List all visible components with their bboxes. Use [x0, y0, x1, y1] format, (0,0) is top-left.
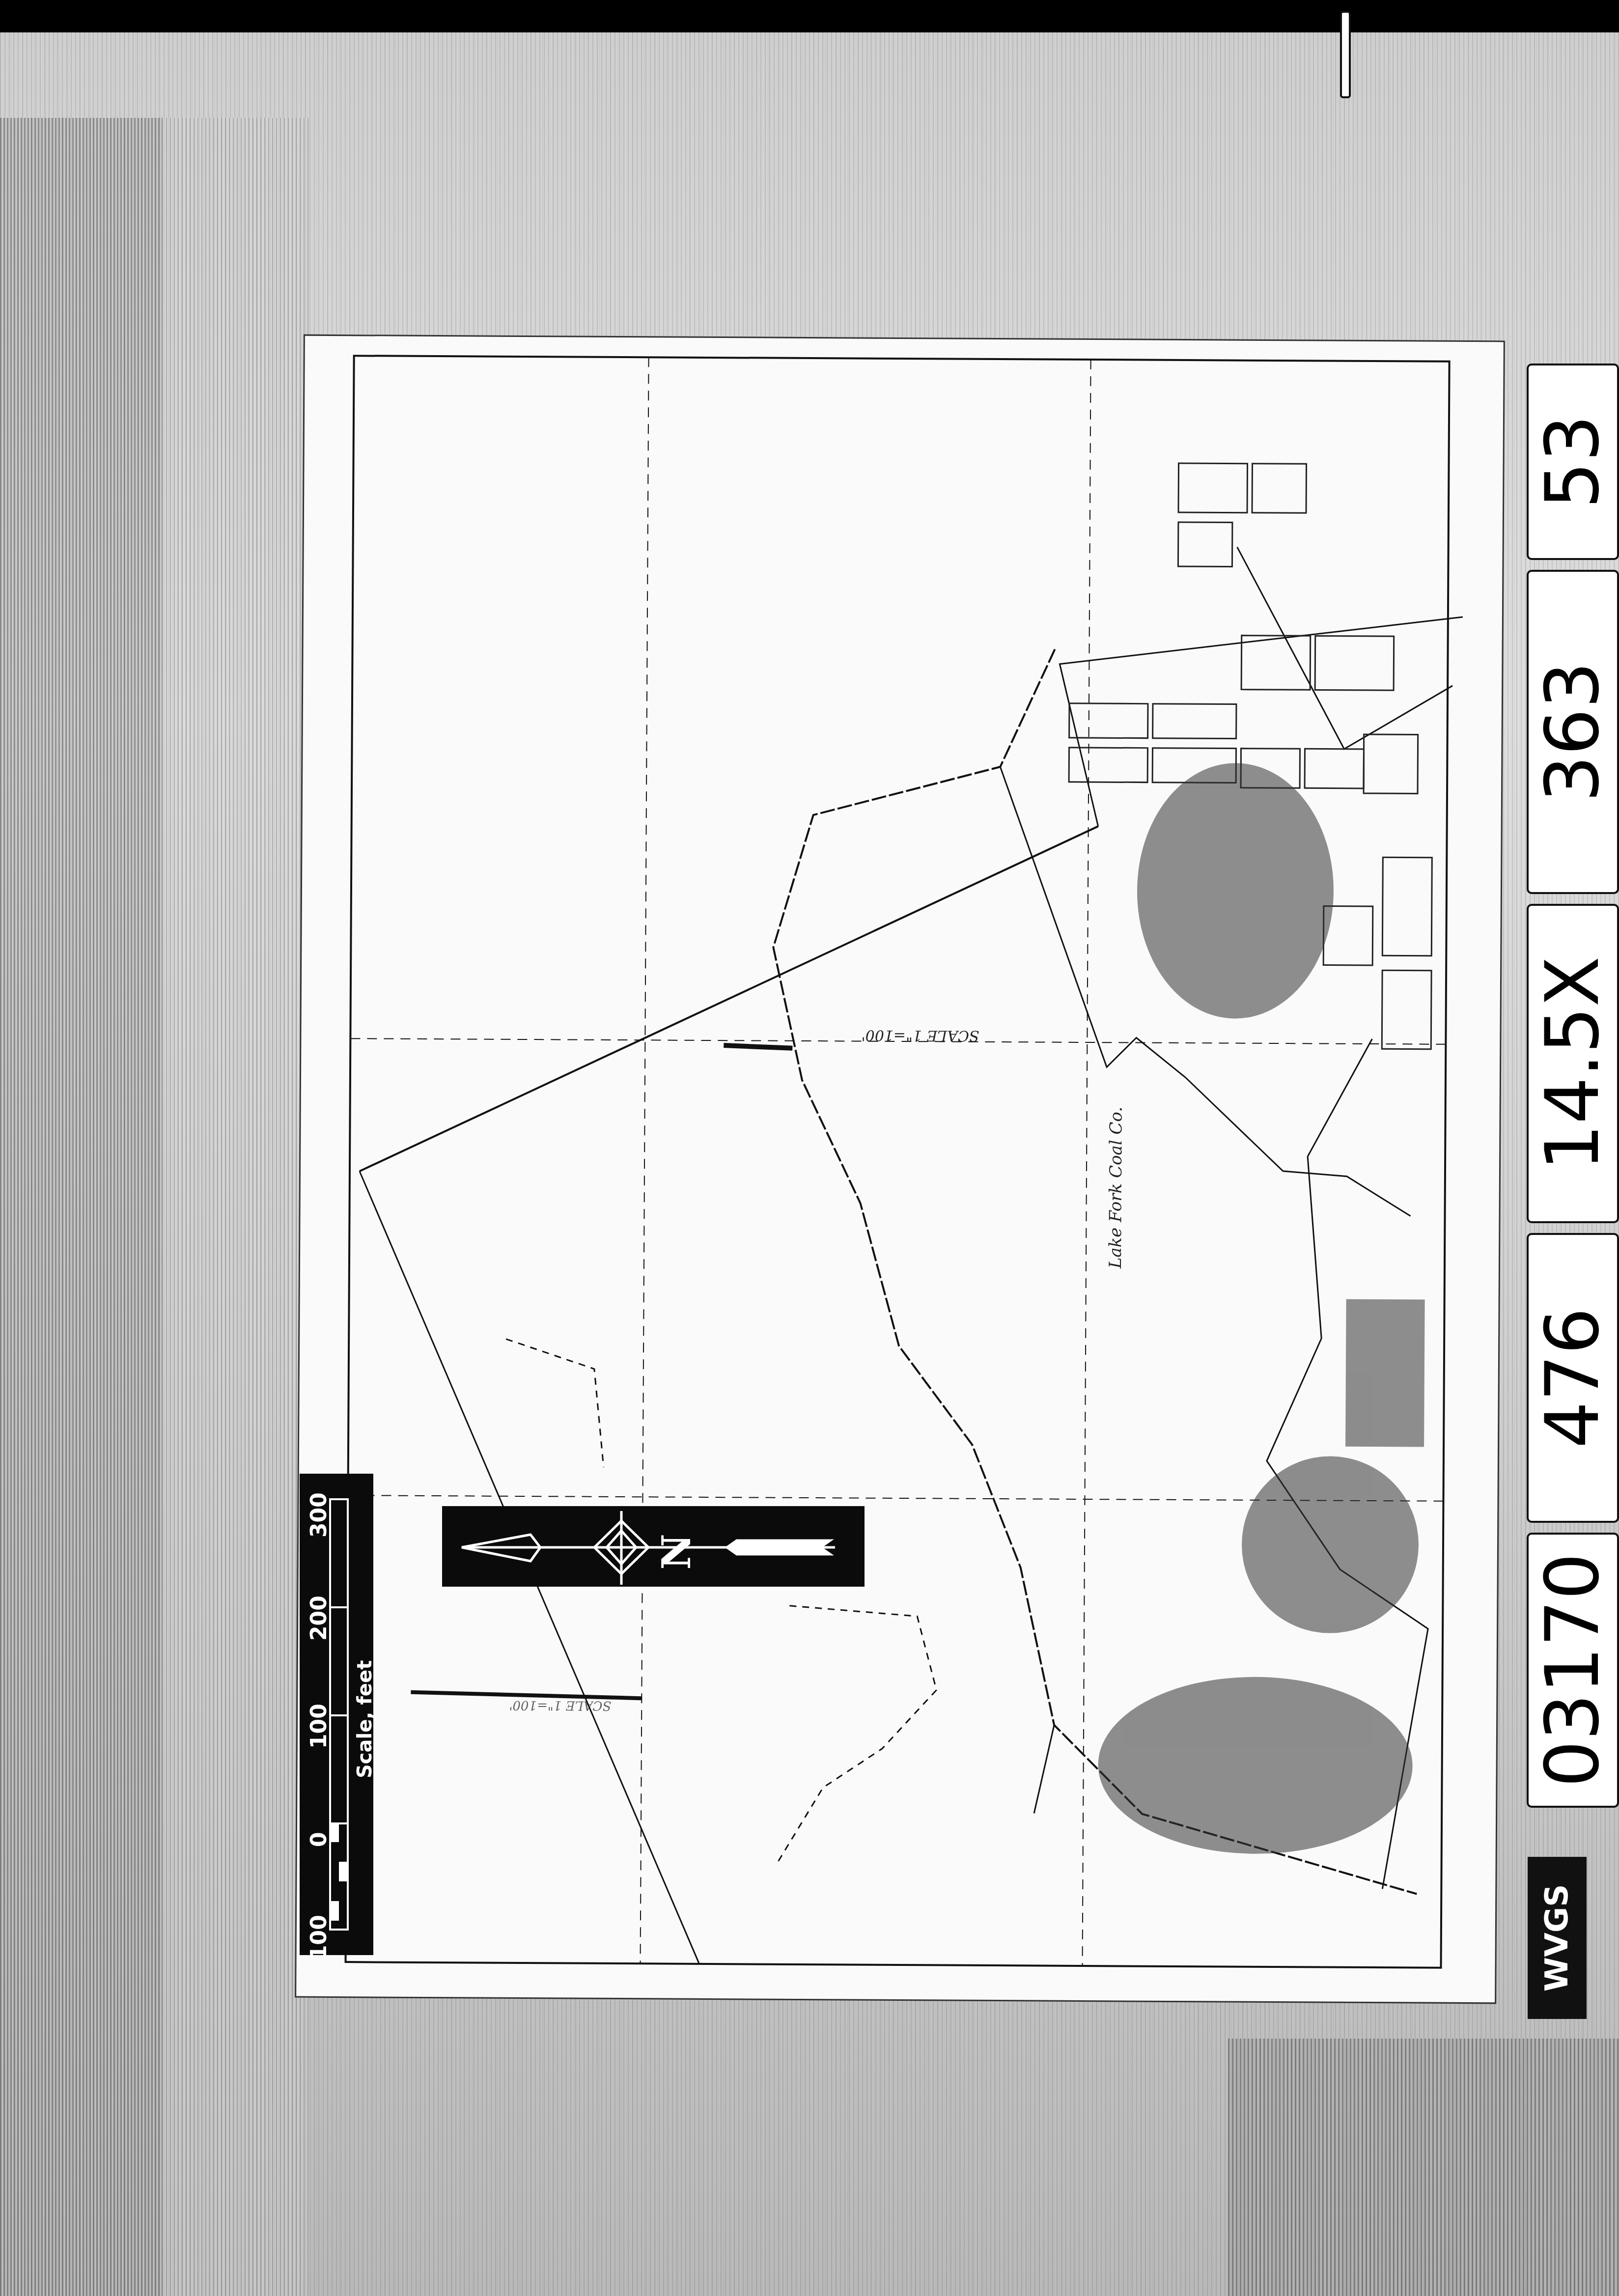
- scale-bar-title: Scale, feet: [354, 1660, 376, 1778]
- film-top-border: [0, 0, 1619, 32]
- scale-bar: 100 0 100 200 300 Scale, feet: [300, 1474, 373, 1955]
- scale-note-lower: SCALE 1"=100': [509, 1698, 611, 1713]
- film-edge-left: [0, 118, 162, 2296]
- mounting-pin: [1340, 11, 1351, 98]
- frame-card-3: 14.5X: [1527, 904, 1619, 1223]
- frame-id-cards: 03170 476 14.5X 363 53: [1527, 364, 1619, 1818]
- frame-card-1: 03170: [1527, 1533, 1619, 1808]
- company-label: Lake Fork Coal Co.: [1106, 1107, 1126, 1269]
- north-letter: N: [653, 1534, 699, 1569]
- frame-card-5: 53: [1527, 364, 1619, 560]
- scale-note-upper: SCALE 1"=100': [861, 1027, 979, 1044]
- scale-tick-300: 300: [307, 1492, 332, 1538]
- film-edge-bottom: [1228, 2039, 1619, 2296]
- map-linework: [296, 336, 1504, 2003]
- north-arrow: N: [442, 1506, 865, 1587]
- scale-tick-100-left: 100: [307, 1915, 332, 1960]
- map-sheet: SCALE 1"=100' SCALE 1"=100' Lake Fork Co…: [296, 336, 1504, 2003]
- scale-tick-0: 0: [307, 1832, 332, 1847]
- film-edge-left-inner: [162, 118, 309, 2296]
- archive-label: WVGS: [1528, 1857, 1587, 2019]
- frame-card-4: 363: [1527, 570, 1619, 894]
- frame-card-2: 476: [1527, 1233, 1619, 1523]
- scale-tick-100: 100: [307, 1704, 332, 1749]
- scale-tick-200: 200: [307, 1596, 332, 1641]
